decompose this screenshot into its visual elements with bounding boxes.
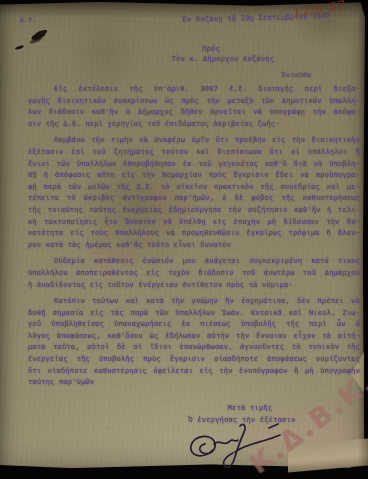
body-line: Εἰς ἐκτέλεσιν τῆς ὑπ'ἀριθ. 3007 ἐ.ἔ. δια… [28,84,360,96]
body-line: Λαμβάνω τὴν τιμὴν νὰ ἀναφέρω ὑμῖν ὅτι πρ… [28,135,360,147]
signature-handwriting [183,420,295,476]
body-line: ὑπαλλήλου ἀποπειραθέντος εἰς τυχὸν διάδο… [28,268,360,280]
body-line: σιν τῆς Δ.Ε. περὶ χορηγίας τοῦ ἐπιδόματο… [28,119,360,131]
body-line: Οὐδεμία κατάθεσις ἐνώπιόν μου ἀνάγεται σ… [28,256,360,268]
body-line: ματα ταῦτα, αὐτοὶ δὲ οἱ ἴδιοι ἐπανώρθωσα… [28,342,360,354]
body-paragraph: Εἰς ἐκτέλεσιν τῆς ὑπ'ἀριθ. 3007 ἐ.ἔ. δια… [28,84,360,130]
document-body: Εἰς ἐκτέλεσιν τῆς ὑπ'ἀριθ. 3007 ἐ.ἔ. δια… [28,84,360,394]
recipient-location: Ἐνταῦθα [282,70,311,82]
body-line: ἔνιοι τῶν ὑπαλλήλων ἐθορυβήθησαν ἐκ τοῦ … [28,159,360,171]
body-line: λόγος ἀποφάσεως, καθ'ὅσον ὡς ἐδήλωσαν αὐ… [28,331,360,343]
body-line: Κατόπιν τούτων καὶ κατὰ τὴν γνώμην ἣν ἐσ… [28,296,360,308]
body-line: ὅτι οἱαδήποτε καθυστέρησις ὀφείλεται εἰς… [28,366,360,378]
body-line: λων διάδοσιν καθ'ἣν ὁ Δήμαρχος δῆθεν ἀρν… [28,107,360,119]
body-line: τῆς τοιαύτης ταύτης ἐνεργείας ἐδημιούργη… [28,205,360,217]
recipient-name: Τὸν κ. Δήμαρχον Κοζάνης [158,54,288,66]
under-page-edge [288,439,368,473]
body-line: νατότητα εἰς τοὺς ὑπαλλήλους νὰ προμηθευ… [28,228,360,240]
closing-salutation: Μετὰ τιμῆς [170,403,330,415]
body-line: ταύτης παρ'ὑμῶν [28,377,360,389]
body-line: ἐξέτασιν ἐπὶ τοῦ ζητήματος τούτου καὶ δι… [28,147,360,159]
body-paragraph: Οὐδεμία κατάθεσις ἐνώπιόν μου ἀνάγεται σ… [28,256,360,291]
reference-mark: Δ.Υ. [20,15,37,27]
body-paragraph: Κατόπιν τούτων καὶ κατὰ τὴν γνώμην ἣν ἐσ… [28,296,360,389]
body-line: γοῦ ὑποβληθείσας ὑπαναχωρήσεις ἐκ πιέσεω… [28,319,360,331]
body-paragraph: Λαμβάνω τὴν τιμὴν νὰ ἀναφέρω ὑμῖν ὅτι πρ… [28,135,360,251]
scanned-letter: Κ.Δ.Β.Κ. Κ.Δ.Β.Κ. Δ.Υ. Ἐν Κοζάνῃ τῇ 10ῃ … [0,0,368,479]
body-line: δοθῇ σημασία εἰς τὰς παρὰ τῶν ὑπαλλήλων … [28,308,360,320]
body-line: ρον κατὰ τὰς ἡμέρας καθ'ἃς τοῦτο εἶναι δ… [28,240,360,252]
body-line: θῇ ἡ ἀπόφασις αὕτη εἰς τὴν Νομαρχίαν πρὸ… [28,170,360,182]
body-line: γωγῆς διοικητικῶν ἀνακρίσεων ὡς πρὸς τὴν… [28,96,360,108]
ink-blot-dot [44,30,47,33]
body-line: ἢ ἀναδίδοντος εἰς τοῦτον ἐνέργειαν ἀντίθ… [28,280,360,292]
body-line: κὴ τακτοποίησις ἦτο δυνατὸν νὰ ἐπέλθῃ εἰ… [28,217,360,229]
body-line: φῇ παρὰ τῶν μελῶν τῆς Δ.Ε. τὸ οἰκεῖον πρ… [28,182,360,194]
body-line: ἐνεργείας τῆς ὑποβολῆς πρὸς ἔγκρισιν οἱα… [28,354,360,366]
body-line: τέπειτα τὸ ἀκριβὲς ἀντίγραφον παρ'ἡμῶν, … [28,193,360,205]
